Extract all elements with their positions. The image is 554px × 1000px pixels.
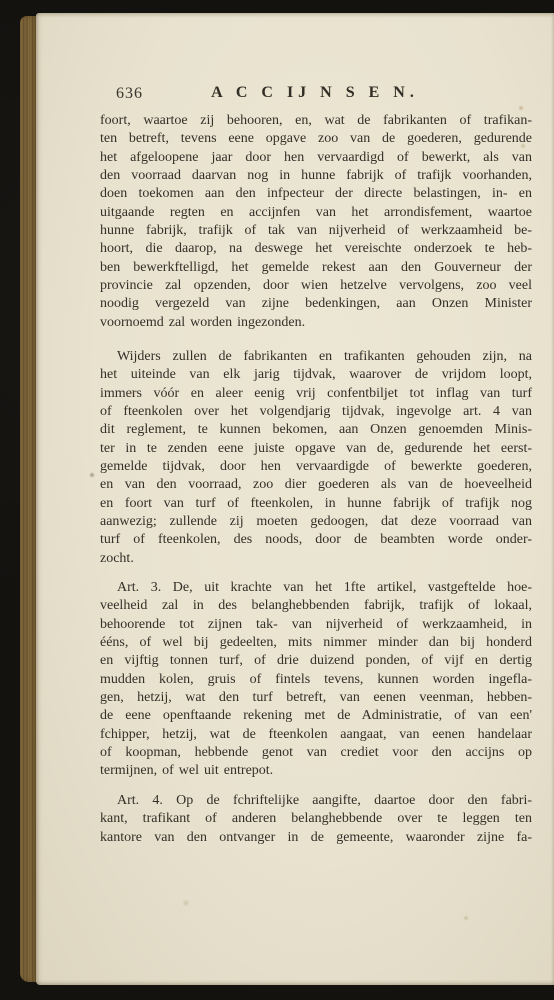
text-line: ééns, of wel bij gedeelten, mits nimmer … — [100, 634, 532, 652]
text-line: ben bewerkftelligd, het gemelde rekest a… — [100, 259, 532, 277]
text-line: gemelde tijdvak, door hen vervaardigde o… — [100, 458, 532, 476]
running-header: A C C IJ N S E N. — [100, 84, 530, 102]
text-line: Art. 4. Op de fchriftelijke aangifte, da… — [100, 792, 532, 810]
text-line: fchipper, hetzij, wat de fteenkolen aang… — [100, 726, 532, 744]
text-line: kant, trafikant of anderen belanghebbend… — [100, 810, 532, 828]
text-line: en vijftig tonnen turf, of drie duizend … — [100, 652, 532, 670]
text-line: provincie zal opzenden, door wien hetzel… — [100, 277, 532, 295]
text-line: het afgeloopene jaar door hen vervaardig… — [100, 149, 532, 167]
paragraph-1: foort, waartoe zij behooren, en, wat de … — [100, 112, 532, 332]
text-line: foort, waartoe zij behooren, en, wat de … — [100, 112, 532, 130]
text-line: ter in te zenden eene juiste opgave van … — [100, 440, 532, 458]
text-line: doen toekomen aan den infpecteur der dir… — [100, 185, 532, 203]
paragraph-3: Art. 3. De, uit krachte van het 1fte art… — [100, 579, 532, 781]
paragraph-2: Wijders zullen de fabrikanten en trafika… — [100, 348, 532, 568]
text-line: de eene openftaande rekening met de Admi… — [100, 707, 532, 725]
text-line: behoorende tot zijnen tak- van nijverhei… — [100, 616, 532, 634]
text-line: immers vóór en aleer eenig vrij confentb… — [100, 385, 532, 403]
book-page: 636 A C C IJ N S E N. foort, waartoe zij… — [36, 13, 554, 985]
text-line: dit reglement, te kunnen bekomen, aan On… — [100, 421, 532, 439]
text-line: den voorraad daarvan nog in hunne fabrij… — [100, 167, 532, 185]
text-line: en van den voorraad, zoo dier goederen a… — [100, 476, 532, 494]
text-line: ten betreft, tevens eene opgave zoo van … — [100, 130, 532, 148]
text-line: gen, hetzij, wat den turf betreft, van e… — [100, 689, 532, 707]
text-line: zocht. — [100, 550, 532, 568]
page-number: 636 — [116, 85, 143, 103]
text-line: veelheid zal in des belanghebbenden fabr… — [100, 597, 532, 615]
text-line: termijnen, of wel uit entrepot. — [100, 762, 532, 780]
text-line: aanwezig; zullende zij moeten gedoogen, … — [100, 513, 532, 531]
text-line: of fteenkolen over het volgendjarig tijd… — [100, 403, 532, 421]
scan-background: 636 A C C IJ N S E N. foort, waartoe zij… — [0, 0, 554, 1000]
text-line: kantore van den ontvanger in de gemeente… — [100, 829, 532, 847]
text-line: het uiteinde van elk jarig tijdvak, waar… — [100, 366, 532, 384]
text-line: en foort van turf of fteenkolen, in hunn… — [100, 495, 532, 513]
text-line: Wijders zullen de fabrikanten en trafika… — [100, 348, 532, 366]
text-line: hoort, die daarop, na deswege het vereis… — [100, 240, 532, 258]
text-line: mudden kolen, gruis of fintels tevens, k… — [100, 671, 532, 689]
text-line: noodig vergezeld van zijne bedenkingen, … — [100, 295, 532, 313]
text-line: turf of fteenkolen, des noods, door de b… — [100, 531, 532, 549]
text-line: hunne fabrijk, trafijk of tak van nijver… — [100, 222, 532, 240]
text-line: voornoemd zal worden ingezonden. — [100, 314, 532, 332]
paragraph-4: Art. 4. Op de fchriftelijke aangifte, da… — [100, 792, 532, 847]
text-line: of koopman, hebbende genot van crediet v… — [100, 744, 532, 762]
text-line: uitgaande regten en accijnfen van het ar… — [100, 204, 532, 222]
text-line: Art. 3. De, uit krachte van het 1fte art… — [100, 579, 532, 597]
page-header: 636 A C C IJ N S E N. — [100, 84, 530, 106]
